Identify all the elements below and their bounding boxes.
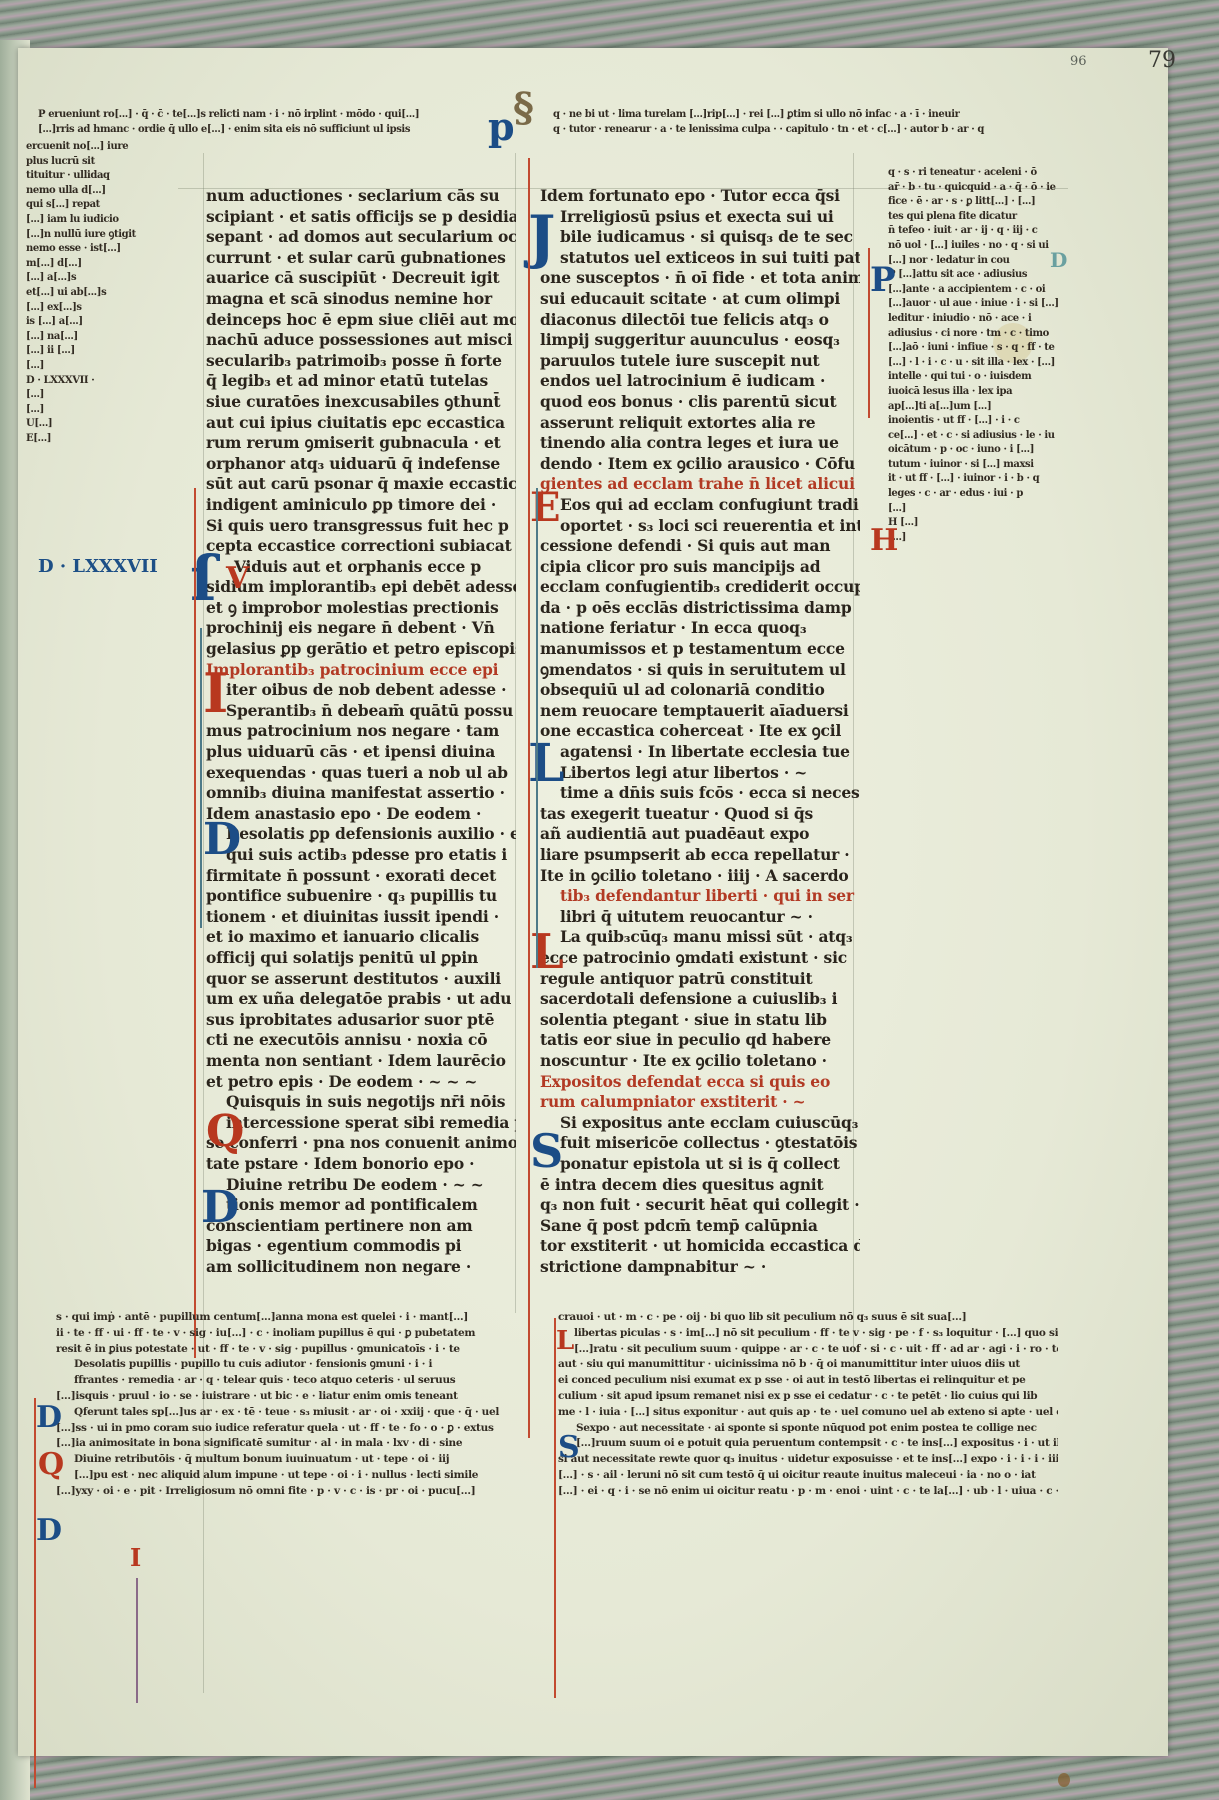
margin-guide-letter: D — [1050, 248, 1067, 272]
gloss-line: [...] — [26, 359, 166, 374]
gloss-line: [...]rris ad h̄manc · ordie q̄ ullo e[..… — [38, 123, 508, 138]
initial-i-red: I — [203, 666, 228, 720]
text-line: deinceps hoc ē epm siue cliēi aut mo — [206, 310, 516, 331]
text-line: ecce patrocinio ꝯmdati existunt · sic — [540, 948, 860, 969]
initial-d-blue: D — [203, 818, 241, 862]
gloss-line: ii · te · ff · ui · ff · te · v · sig · … — [56, 1326, 526, 1342]
text-line: cessione defendi · Si quis aut man — [540, 536, 860, 557]
initial-h-red: H — [870, 526, 898, 556]
text-line: auarice cā suscipiūt · Decreuit igit — [206, 268, 516, 289]
rubric-line: rum calumpniator exstiterit · ~ — [540, 1092, 860, 1113]
initial-i-red: I — [130, 1546, 141, 1570]
gloss-line: tes qui plena fite dicatur — [888, 210, 1063, 225]
gloss-line: is [...] a[...] — [26, 315, 166, 330]
text-line: oportet · s₃ loci sci reuerentia et inte… — [540, 516, 860, 537]
initial-l-red: L — [556, 1328, 574, 1354]
gloss-line: [...] — [888, 531, 1063, 546]
text-line: rum rerum ꝯmiserit gubnacula · et — [206, 433, 516, 454]
text-line: qui suis actib₃ pdesse pro etatis i — [206, 845, 516, 866]
gloss-line: it · ut ff · [...] · iuinor · i · b · q — [888, 472, 1063, 487]
initial-e-red: E — [530, 488, 561, 528]
gloss-line: [...] ex[...]s — [26, 301, 166, 316]
gloss-line: ar̄ · b · tu · quicquid · a · q̄ · ō · i… — [888, 181, 1063, 196]
text-line: nachū aduce possessiones aut misci — [206, 330, 516, 351]
text-line: solentia ptegant · siue in statu lib — [540, 1010, 860, 1031]
text-line: sūt aut carū psonar q̄ maxie eccastico — [206, 474, 516, 495]
gloss-line: ffrantes · remedia · ar · q · telear qui… — [56, 1373, 526, 1389]
gloss-line: nemo esse · ist[...] — [26, 242, 166, 257]
gloss-line: tutum · iuinor · si [...] maxsi — [888, 458, 1063, 473]
text-line: one susceptos · n̄ oī fide · et tota ani… — [540, 268, 860, 289]
initial-v-red: V — [226, 564, 249, 594]
text-line: one eccastica coherceat · Ite ex ꝯcil — [540, 721, 860, 742]
initial-d-blue: D — [36, 1403, 62, 1433]
text-line: ecclam confugientib₃ crediderit occupā — [540, 577, 860, 598]
text-line: paruulos tutele iure suscepit nut — [540, 351, 860, 372]
gloss-line: ercuenit no[...] iure — [26, 140, 166, 155]
gloss-line: adiusius · ci nore · tm · c · timo — [888, 327, 1063, 342]
text-line: Diuine retribu De eodem · ~ ~ — [206, 1175, 516, 1196]
gloss-line: crauoi · ut · m · c · pe · oij · bi quo … — [558, 1310, 1058, 1326]
text-line: et petro epis · De eodem · ~ ~ ~ — [206, 1072, 516, 1093]
canon-number-marginal: D · LXXXVII — [38, 556, 158, 577]
gloss-line: tituitur · ullidaq — [26, 169, 166, 184]
gloss-line: et[...] ui ab[...]s — [26, 286, 166, 301]
text-line: scipiant · et satis officijs se p desidi… — [206, 207, 516, 228]
gloss-line: P [...]attu sit ace · adiusius — [888, 268, 1063, 283]
text-line: tatis eor siue in peculio qd habere — [540, 1030, 860, 1051]
text-line: Si expositus ante ecclam cuiuscūq₃ — [540, 1113, 860, 1134]
text-line: Viduis aut et orphanis ecce p — [206, 557, 516, 578]
text-line: q₃ non fuit · securit hēat qui collegit … — [540, 1195, 860, 1216]
top-gloss-left: P erueniunt ro[...] · q̄ · c̄ · te[...]s… — [38, 108, 508, 137]
text-line: am sollicitudinem non negare · — [206, 1257, 516, 1278]
gloss-line: D · LXXXVII · — [26, 374, 166, 389]
text-line: quod eos bonus · clis parentū sicut — [540, 392, 860, 413]
gloss-line: Qferunt tales sp[...]us ar · ex · tē · t… — [56, 1405, 526, 1421]
text-line: Libertos legi atur libertos · ~ — [540, 763, 860, 784]
pen-flourish — [34, 1398, 36, 1788]
main-column-right: Idem fortunato epo · Tutor ecca q̄si Irr… — [540, 186, 860, 1277]
text-line: liare psumpserit ab ecca repellatur · — [540, 845, 860, 866]
text-line: agatensi · In libertate ecclesia tue — [540, 742, 860, 763]
gloss-line: U[...] — [26, 417, 166, 432]
text-line: currunt · et sular carū gubnationes — [206, 248, 516, 269]
text-line: da · p oēs ecclās districtissima damp — [540, 598, 860, 619]
text-line: cipia clicor pro suis mancipijs ad — [540, 557, 860, 578]
text-line: num aductiones · seclarium cās su — [206, 186, 516, 207]
text-line: regule antiquor patrū constituit — [540, 969, 860, 990]
gloss-line: [...] — [26, 388, 166, 403]
text-line: noscuntur · Ite ex ꝯcilio toletano · — [540, 1051, 860, 1072]
text-line: Quisquis in suis negotijs nr̄i nōis — [206, 1092, 516, 1113]
pen-flourish — [554, 1318, 556, 1698]
text-line: menta non sentiant · Idem laurēcio — [206, 1051, 516, 1072]
text-line: endos uel latrocinium ē iudicam · — [540, 371, 860, 392]
pen-flourish — [536, 488, 538, 968]
text-line: dendo · Item ex ꝯcilio arausico · Cōfu — [540, 454, 860, 475]
text-line: asserunt reliquit extortes alia re — [540, 413, 860, 434]
text-line: q̄ legib₃ et ad minor etatū tutelas — [206, 371, 516, 392]
folio-number-ink: 79 — [1148, 48, 1176, 73]
rubric-line: gientes ad ecclam trahe n̄ licet alicui … — [540, 474, 860, 495]
text-line: siue curatōes inexcusabiles ꝯthunt̄ — [206, 392, 516, 413]
text-line: strictione dampnabitur ~ · — [540, 1257, 860, 1278]
text-line: sui educauit scitate · at cum olimpi — [540, 289, 860, 310]
text-line: et io maximo et ianuario clicalis — [206, 927, 516, 948]
gloss-line: m[...] d[...] — [26, 257, 166, 272]
text-line: sepant · ad domos aut secularium oc — [206, 227, 516, 248]
gloss-line: [...]auor · ul aue · iniue · i · si [...… — [888, 297, 1063, 312]
text-line: sacerdotali defensione a cuiuslib₃ i — [540, 989, 860, 1010]
rubric-line: Expositos defendat ecca si quis eo — [540, 1072, 860, 1093]
gloss-line: [...]pu est · nec aliquid alum impune · … — [56, 1468, 526, 1484]
text-line: omnib₃ diuina manifestat assertio · — [206, 783, 516, 804]
gloss-line: [...]ante · a accipientem · c · oi — [888, 283, 1063, 298]
gloss-line: ce[...] · et · c · si adiusius · le · iu — [888, 429, 1063, 444]
text-line: Eos qui ad ecclam confugiunt tradi n̄ — [540, 495, 860, 516]
text-line: aut cui ipius ciuitatis epc eccastica — [206, 413, 516, 434]
text-line: ē intra decem dies quesitus agnit — [540, 1175, 860, 1196]
gloss-line: n̄ tefeo · iuit · ar · ij · q · iij · c — [888, 224, 1063, 239]
text-line: intercessione sperat sibi remedia pos — [206, 1113, 516, 1134]
text-line: ponatur epistola ut si is q̄ collect — [540, 1154, 860, 1175]
initial-l-blue: L — [528, 738, 565, 790]
text-line: Irreligiosū psius et execta sui ui — [540, 207, 860, 228]
gloss-line: culium · sit apud ipsum remanet nisi ex … — [558, 1389, 1058, 1405]
text-line: firmitate n̄ possunt · exorati decet — [206, 866, 516, 887]
rubric-line: tib₃ defendantur liberti · qui in ser — [540, 886, 860, 907]
text-line: tionem · et diuinitas iussit ipendi · — [206, 907, 516, 928]
text-line: Ite in ꝯcilio toletano · iiij · A sacerd… — [540, 866, 860, 887]
text-line: tinendo alia contra leges et iura ue — [540, 433, 860, 454]
initial-s-blue: S — [530, 1128, 563, 1174]
initial-q-red: Q — [206, 1110, 244, 1154]
gloss-line: fice · ē · ar · s · ꝑ litt[...] · [...] — [888, 195, 1063, 210]
pen-flourish — [136, 1578, 138, 1703]
text-line: Idem anastasio epo · De eodem · — [206, 804, 516, 825]
gloss-line: [...] ii [...] — [26, 344, 166, 359]
gloss-line: iuoicā lesus illa · lex ipa — [888, 385, 1063, 400]
gloss-line: libertas piculas · s · im[...] nō sit pe… — [558, 1326, 1058, 1342]
gloss-line: [...] · s · ail · leruni nō sit cum test… — [558, 1468, 1058, 1484]
gloss-line: plus lucrū sit — [26, 155, 166, 170]
gloss-line: s · qui imṗ · antē · pupillum centum[...… — [56, 1310, 526, 1326]
text-line: um ex uña delegatōe prabis · ut adu — [206, 989, 516, 1010]
gloss-line: Desolatis pupillis · pupillo tu cuis adi… — [56, 1357, 526, 1373]
pen-flourish — [528, 158, 530, 1438]
text-line: pontifice subuenire · q₃ pupillis tu — [206, 886, 516, 907]
text-line: limpij suggeritur auunculus · eosq₃ — [540, 330, 860, 351]
gloss-line: ap[...]ti a[...]um [...] — [888, 400, 1063, 415]
text-line: obsequiū ul ad colonariā conditio — [540, 680, 860, 701]
text-line: mus patrocinium nos negare · tam — [206, 721, 516, 742]
initial-p-blue: P — [870, 263, 896, 297]
text-line: conscientiam pertinere non am — [206, 1216, 516, 1237]
gloss-line: [...] na[...] — [26, 330, 166, 345]
text-line: exequendas · quas tueri a nob ul ab — [206, 763, 516, 784]
text-line: secularib₃ patrimoib₃ posse n̄ forte — [206, 351, 516, 372]
text-line: bile iudicamus · si quisq₃ de te sec — [540, 227, 860, 248]
text-line: iter oibus de nob debent adesse · — [206, 680, 516, 701]
text-line: Idem fortunato epo · Tutor ecca q̄si — [540, 186, 860, 207]
ink-spot — [1058, 1773, 1070, 1787]
text-line: tionis memor ad pontificalem — [206, 1195, 516, 1216]
text-line: Sane q̄ post pdcm̄ temp̄ calūpnia — [540, 1216, 860, 1237]
initial-i-blue: J — [528, 208, 555, 266]
folio-number-pencil: 96 — [1070, 54, 1087, 69]
initial-d-blue: D — [201, 1186, 239, 1230]
gloss-line: [...] · ei · q · i · se nō enim ui oicit… — [558, 1484, 1058, 1500]
text-line: tor exstiterit · ut homicida eccastica d… — [540, 1236, 860, 1257]
text-line: magna et scā sinodus nemine hor — [206, 289, 516, 310]
gloss-line: q · s · ri teneatur · aceleni · ō — [888, 166, 1063, 181]
gloss-line: [...]ia animositate in bona significatē … — [56, 1436, 526, 1452]
gloss-line: nō uol · [...] iuiles · no · q · si ui — [888, 239, 1063, 254]
gloss-line: leges · c · ar · edus · iui · p — [888, 487, 1063, 502]
gloss-line: qui s[...] repat — [26, 198, 166, 213]
text-line: diaconus dilectōi tue felicis atq₃ o — [540, 310, 860, 331]
top-gloss-right: q · ne bi ut · lima turelam [...]rip[...… — [553, 108, 1063, 137]
gloss-line: si aut necessitate rewte quor q₃ inuitus… — [558, 1452, 1058, 1468]
gloss-line: [...]aō · iuni · infiue · s · q · ff · t… — [888, 341, 1063, 356]
text-line: natione feriatur · In ecca quoq₃ — [540, 618, 860, 639]
gloss-line: me · l · iuia · [...] situs exponitur · … — [558, 1405, 1058, 1421]
text-line: Si quis uero transgressus fuit hec p — [206, 516, 516, 537]
text-line: se conferri · pna nos conuenit animosi — [206, 1133, 516, 1154]
pen-flourish — [200, 628, 202, 928]
gloss-line: [...] nor · ledatur in cou — [888, 254, 1063, 269]
gloss-line: q · tutor · renearur · a · te lenissima … — [553, 123, 1063, 138]
text-line: officij qui solatijs penitū ul ꝑpin — [206, 948, 516, 969]
gloss-line: [...] · l · i · c · u · sit illa · lex ·… — [888, 356, 1063, 371]
gloss-line: [...]ss · ui in pmo coram suo iudice ref… — [56, 1421, 526, 1437]
text-line: cti ne executōis annisu · noxia cō — [206, 1030, 516, 1051]
gloss-line: resit ē in ꝑius potestate · ut · ff · te… — [56, 1342, 526, 1358]
bottom-gloss-right: crauoi · ut · m · c · pe · oij · bi quo … — [558, 1310, 1058, 1500]
text-line: bigas · egentium commodis pi — [206, 1236, 516, 1257]
text-line: indigent aminiculo ꝑp timore dei · — [206, 495, 516, 516]
text-line: nem reuocare temptauerit aīaduersi — [540, 701, 860, 722]
text-line: añ audientiā aut puadēaut expo — [540, 824, 860, 845]
text-line: tas exegerit tueatur · Quod si q̄s — [540, 804, 860, 825]
gloss-line: [...] iam lu iudicio — [26, 213, 166, 228]
text-line: fuit misericōe collectus · ꝯtestatōis — [540, 1133, 860, 1154]
right-gloss: q · s · ri teneatur · aceleni · ō ar̄ · … — [888, 166, 1063, 545]
gloss-line: Diuine retributōis · q̄ multum bonum iuu… — [56, 1452, 526, 1468]
text-line: gelasius ꝑp gerātio et petro episcopis · — [206, 639, 516, 660]
decorative-scroll-icon: § — [513, 88, 534, 128]
text-line: sus iprobitates adusarior suor ptē — [206, 1010, 516, 1031]
gloss-line: [...] a[...]s — [26, 271, 166, 286]
gloss-line: q · ne bi ut · lima turelam [...]rip[...… — [553, 108, 1063, 123]
text-line: plus uiduarū cās · et ipensi diuina — [206, 742, 516, 763]
manuscript-folio: 96 79 P erueniunt ro[...] · q̄ · c̄ · te… — [18, 48, 1168, 1756]
gloss-line: [...] — [888, 502, 1063, 517]
gloss-line: [...]isquis · pruul · io · se · iuistrar… — [56, 1389, 526, 1405]
gloss-line: oicātum · p · oc · iuno · i [...] — [888, 443, 1063, 458]
text-line: cepta eccastice correctioni subiacat · — [206, 536, 516, 557]
gloss-line: leditur · iniudio · nō · ace · i — [888, 312, 1063, 327]
gloss-line: H [...] — [888, 516, 1063, 531]
gloss-line: [...]ruum suum oi e potuit quia peruentu… — [558, 1436, 1058, 1452]
gloss-line: [...]ratu · sit peculium suum · quippe ·… — [558, 1342, 1058, 1358]
gloss-line: ei conced peculium nisi exumat ex p sse … — [558, 1373, 1058, 1389]
text-line: time a dn̄is suis fcōs · ecca si necessi — [540, 783, 860, 804]
gloss-line: nemo ulla d[...] — [26, 184, 166, 199]
pen-flourish — [194, 488, 196, 1358]
gloss-line: intelle · qui tui · o · iuisdem — [888, 370, 1063, 385]
text-line: manumissos et p testamentum ecce — [540, 639, 860, 660]
gloss-line: [...]n nullū iure ꝯtigit — [26, 228, 166, 243]
gloss-line: [...]yxy · oi · e · pit · Irreligiosum n… — [56, 1484, 526, 1500]
gloss-line: P erueniunt ro[...] · q̄ · c̄ · te[...]s… — [38, 108, 508, 123]
text-line: et ꝯ improbor molestias prectionis — [206, 598, 516, 619]
text-line: ꝯmendatos · si quis in seruitutem ul — [540, 660, 860, 681]
text-line: La quib₃cūq₃ manu missi sūt · atq₃ — [540, 927, 860, 948]
initial-d-blue: D — [36, 1516, 62, 1546]
pen-flourish — [868, 248, 870, 418]
bottom-gloss-left: s · qui imṗ · antē · pupillum centum[...… — [56, 1310, 526, 1500]
initial-s-blue: S — [558, 1433, 580, 1463]
gloss-line: E[...] — [26, 432, 166, 447]
text-line: quor se asserunt destitutos · auxili — [206, 969, 516, 990]
initial-q-red: Q — [38, 1450, 64, 1480]
gloss-line: inoientis · ut ff · [...] · i · c — [888, 414, 1063, 429]
text-line: sidium implorantib₃ epi debēt adesse · — [206, 577, 516, 598]
text-line: Sperantib₃ n̄ debeam̄ quātū possu — [206, 701, 516, 722]
rubric-line: Implorantib₃ patrocinium ecce epi — [206, 660, 516, 681]
gloss-line: aut · siu qui manumittitur · uicinissima… — [558, 1357, 1058, 1373]
text-line: tate pstare · Idem bonorio epo · — [206, 1154, 516, 1175]
gloss-line: Sexpo · aut necessitate · ai sponte si s… — [558, 1421, 1058, 1437]
gloss-line: [...] — [26, 403, 166, 418]
initial-p-blue: p — [488, 108, 515, 146]
text-line: Desolatis ꝑp defensionis auxilio · et — [206, 824, 516, 845]
text-line: orphanor atq₃ uiduarū q̄ indefense — [206, 454, 516, 475]
main-column-left: num aductiones · seclarium cās su scipia… — [206, 186, 516, 1277]
text-line: prochinij eis negare n̄ debent · Vn̄ — [206, 618, 516, 639]
text-line: statutos uel exticeos in sui tuiti pat · — [540, 248, 860, 269]
text-line: libri q̄ uitutem reuocantur ~ · — [540, 907, 860, 928]
